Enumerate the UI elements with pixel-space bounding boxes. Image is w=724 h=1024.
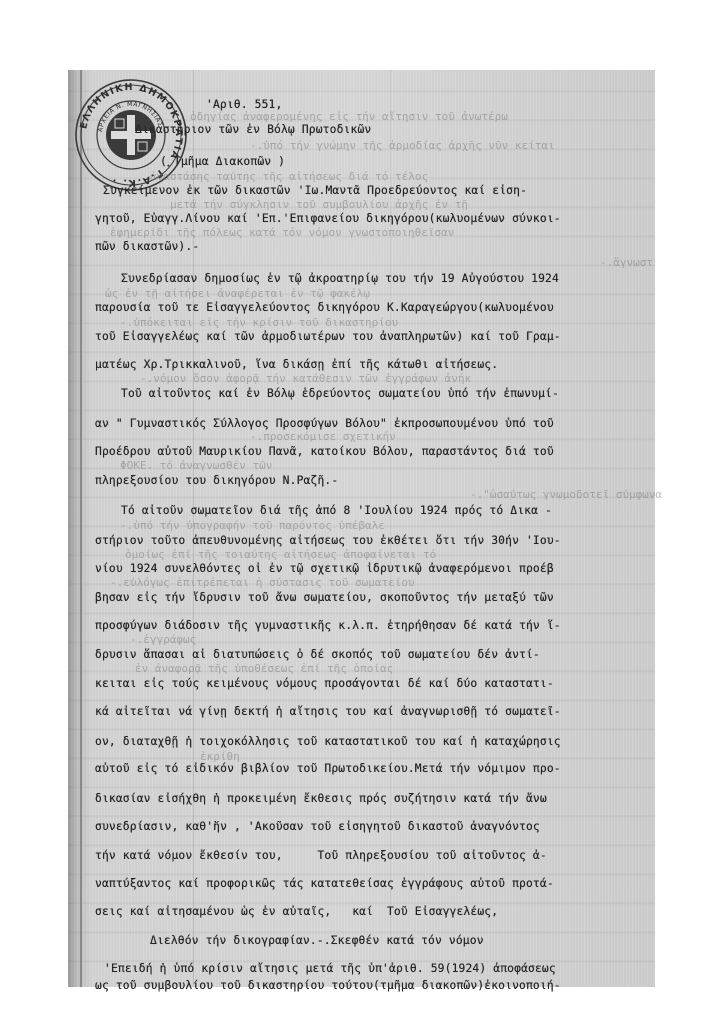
bleed-through-line: -."ὡσαύτως γνωμοδοτεῖ σύμφωνα (470, 488, 662, 501)
document-text-line: δικασίαν εἰσήχθη ἡ προκειμένη ἔκθεσις πρ… (95, 792, 547, 805)
document-text-line: γητοῦ, Εὐαγγ.Λίνου καί 'Επ.'Επιφανείου δ… (95, 212, 561, 225)
document-text-line: νίου 1924 συνελθόντες οἱ ἐν τῷ σχετικῷ ἱ… (95, 562, 554, 575)
document-text-line: δρυσιν ἅπασαι αἱ διατυπώσεις ὁ δέ σκοπός… (95, 648, 540, 661)
bleed-through-line: -.προσεκόμισε σχετικήν (250, 430, 396, 443)
bleed-through-line: -.ὑπόκειται εἰς τήν κρίσιν τοῦ δικαστηρί… (120, 316, 398, 329)
document-text-line: ματέως Χρ.Τρικκαλινοῦ, ἵνα δικάσῃ ἐπί τῆ… (95, 358, 498, 371)
left-margin-rule (80, 70, 82, 987)
bleed-through-line: ΦΟΚΕ. τό ἀναγνωσθέν τῶν (120, 459, 272, 472)
document-text-line: στήριον τοῦτο ἀπευθυνομένης αἰτήσεως του… (95, 534, 561, 547)
document-text-line: Προέδρου αὐτοῦ Μαυρικίου Πανᾶ, κατοίκου … (95, 445, 554, 458)
bleed-through-line: ὁμοίως ἐπί τῆς τοιαύτης αἰτήσεως ἀποφαίν… (125, 548, 436, 561)
bleed-through-line: -.ὑπό τήν γνώμην τῆς ἀρμοδίας ἀρχῆς νῦν … (250, 139, 555, 152)
document-text-line: 'Επειδή ἡ ὑπό κρίσιν αἴτησις μετά τῆς ὑπ… (104, 962, 556, 975)
document-text-line: τήν κατά νόμον ἔκθεσίν του, Τοῦ πληρεξου… (95, 849, 547, 862)
document-text-line: Τοῦ αἰτοῦντος καί ἐν Βόλῳ ἑδρεύοντος σωμ… (121, 387, 559, 400)
document-text-line: παρουσία τοῦ τε Εἰσαγγελεύοντος δικηγόρο… (95, 301, 554, 314)
document-text-line: ως τοῦ συμβουλίου τοῦ δικαστηρίου τούτου… (95, 979, 561, 992)
bleed-through-line: ὡς ἐν τῇ αἰτήσει ἀναφέρεται ἐν τῷ φακέλῳ (105, 287, 370, 300)
document-text-line: ναπτύξαντος καί προφορικῶς τάς κατατεθεί… (95, 877, 554, 890)
document-text-line: Τό αἰτοῦν σωματεῖον διά τῆς ἀπό 8 'Ιουλί… (121, 504, 552, 517)
bleed-through-line: -.ὑπό τήν ὑπογραφήν τοῦ παρόντος ὑπέβαλε (120, 519, 385, 532)
document-text-line: σεις καί αἰτησαμένου ὡς ἐν αὐταῖς, καί Τ… (95, 905, 498, 918)
document-text-line: προσφύγων διάδοσιν τῆς γυμναστικῆς κ.λ.π… (95, 619, 561, 632)
court-title: Δικαστήριον τῶν ἐν Βόλῳ Πρωτοδικῶν (135, 123, 371, 136)
document-text-line: Συνεδρίασαν δημοσίως ἐν τῷ ἀκροατηρίῳ το… (121, 272, 559, 285)
document-text-line: ον, διαταχθῇ ἡ τοιχοκόλλησις τοῦ καταστα… (95, 735, 561, 748)
document-text-line: τοῦ Εἰσαγγελέως καί τῶν ἀρμοδιωτέρων του… (95, 330, 561, 343)
document-text-line: αν " Γυμναστικός Σύλλογος Προσφύγων Βόλο… (95, 417, 554, 430)
bleed-through-line: -.ἄγνωστ (600, 256, 653, 269)
document-text-line: πῶν δικαστῶν).- (95, 240, 199, 253)
document-text-line: συνεδρίασιν, καθ'ἥν , 'Ακοῦσαν τοῦ εἰσηγ… (95, 820, 540, 833)
court-section: ( Τμῆμα Διακοπῶν ) (160, 155, 285, 168)
document-text-line: πληρεξουσίου του δικηγόρου Ν.Ραζῆ.- (95, 474, 338, 487)
document-text-line: Διελθόν τήν δικογραφίαν.-.Σκεφθέν κατά τ… (150, 934, 484, 947)
bleed-through-line: ἀναστάσης ταύτης τῆς αἰτήσεως διά τό τέλ… (150, 170, 428, 183)
document-text-line: κειται εἰς τούς κειμένους νόμους προσάγο… (95, 677, 554, 690)
bleed-through-line: ἐν ἀναφορᾷ τῆς ὑποθέσεως ἐπί τῆς ὁποίας (135, 662, 393, 675)
bleed-through-line: μετά τήν σύγκλησιν τοῦ συμβουλίου ἀρχῆς … (170, 198, 468, 211)
document-text-line: αὐτοῦ εἰς τό εἰδικόν βιβλίον τοῦ Πρωτοδι… (95, 762, 561, 775)
bleed-through-line: ὁδηγίας ἀναφερομένης εἰς τήν αἴτησιν τοῦ… (190, 110, 508, 123)
bleed-through-line: -.ἐγγράφως (130, 633, 196, 646)
document-text-line: κά αἰτεῖται νά γίνῃ δεκτή ἡ αἴτησις του … (95, 705, 561, 718)
bleed-through-line: ἐφημερίδι τῆς πόλεως κατά τόν νόμον γνωσ… (110, 226, 454, 239)
document-text-line: βησαν εἰς τήν ἵδρυσιν τοῦ ἄνω σωματείου,… (95, 591, 554, 604)
bleed-through-line: -.εὐλόγως ἐπιτρέπεται ἡ σύστασις τοῦ σωμ… (110, 576, 415, 589)
document-number: 'Αριθ. 551, (206, 98, 282, 111)
document-text-line: Συγκείμενον ἐκ τῶν δικαστῶν 'Ιω.Μαντᾶ Πρ… (103, 184, 527, 197)
bleed-through-line: -.νόμον ὅσον ἀφορᾷ τήν κατάθεσιν τῶν ἐγγ… (140, 372, 471, 385)
